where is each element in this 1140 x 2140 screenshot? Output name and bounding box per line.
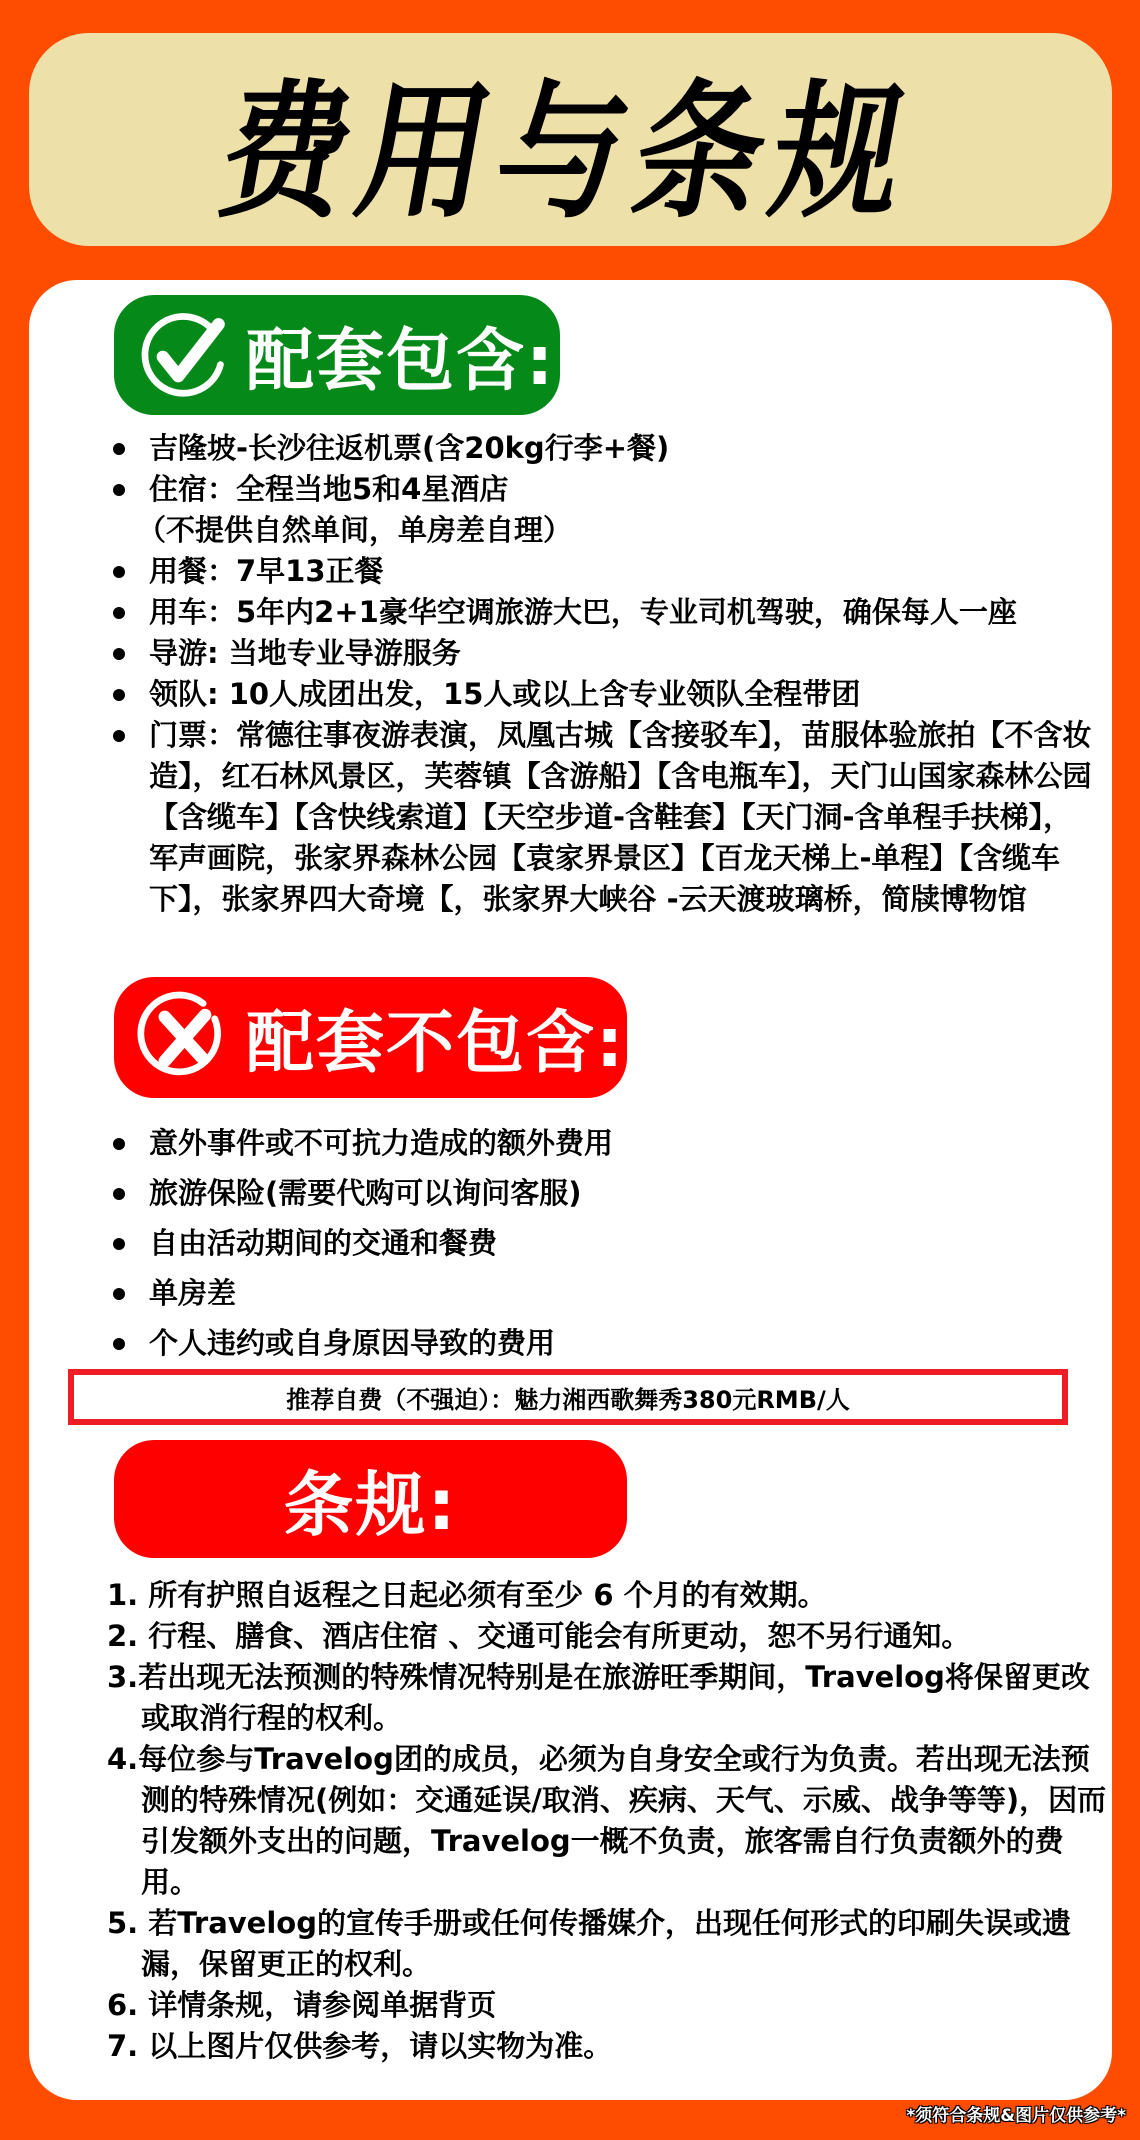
excluded-list: 意外事件或不可抗力造成的额外费用 旅游保险(需要代购可以询问客服) 自由活动期间… xyxy=(109,1118,1099,1368)
list-item: 意外事件或不可抗力造成的额外费用 xyxy=(109,1118,1099,1168)
check-circle-icon xyxy=(136,307,232,403)
list-item: 个人违约或自身原因导致的费用 xyxy=(109,1318,1099,1368)
list-item: 导游: 当地专业导游服务 xyxy=(109,633,1099,674)
list-item: 单房差 xyxy=(109,1268,1099,1318)
list-item: 旅游保险(需要代购可以询问客服) xyxy=(109,1168,1099,1218)
list-item: 用餐：7早13正餐 xyxy=(109,551,1099,592)
rule-item: 3.若出现无法预测的特殊情况特别是在旅游旺季期间，Travelog将保留更改或取… xyxy=(107,1657,1107,1739)
rule-item: 6. 详情条规，请参阅单据背页 xyxy=(107,1985,1107,2026)
included-list: 吉隆坡-长沙往返机票(含20kg行李+餐) 住宿：全程当地5和4星酒店（不提供自… xyxy=(109,428,1099,920)
list-item: 领队: 10人成团出发，15人或以上含专业领队全程带团 xyxy=(109,674,1099,715)
content-card: 配套包含: 吉隆坡-长沙往返机票(含20kg行李+餐) 住宿：全程当地5和4星酒… xyxy=(29,280,1112,2100)
x-circle-icon xyxy=(136,990,232,1086)
title-banner: 费用与条规 xyxy=(29,33,1112,246)
rules-label: 条规: xyxy=(284,1449,458,1550)
rule-item: 2. 行程、膳食、酒店住宿 、交通可能会有所更动，恕不另行通知。 xyxy=(107,1616,1107,1657)
included-label: 配套包含: xyxy=(246,307,555,404)
footer-disclaimer: *须符合条规&图片仅供参考* xyxy=(906,2101,1126,2126)
excluded-header: 配套不包含: xyxy=(114,977,627,1098)
rules-header: 条规: xyxy=(114,1440,627,1558)
rule-item: 7. 以上图片仅供参考，请以实物为准。 xyxy=(107,2026,1107,2067)
rule-item: 5. 若Travelog的宣传手册或任何传播媒介，出现任何形式的印刷失误或遗漏，… xyxy=(107,1903,1107,1985)
rule-item: 1. 所有护照自返程之日起必须有至少 6 个月的有效期。 xyxy=(107,1575,1107,1616)
included-header: 配套包含: xyxy=(114,295,560,415)
optional-expense-note: 推荐自费（不强迫）：魅力湘西歌舞秀380元RMB/人 xyxy=(68,1369,1068,1425)
list-item: 住宿：全程当地5和4星酒店（不提供自然单间，单房差自理） xyxy=(109,469,1099,551)
rule-item: 4.每位参与Travelog团的成员，必须为自身安全或行为负责。若出现无法预测的… xyxy=(107,1739,1107,1903)
page-title: 费用与条规 xyxy=(207,34,934,246)
list-item: 自由活动期间的交通和餐费 xyxy=(109,1218,1099,1268)
excluded-label: 配套不包含: xyxy=(246,989,625,1086)
list-item: 用车：5年内2+1豪华空调旅游大巴，专业司机驾驶，确保每人一座 xyxy=(109,592,1099,633)
list-item: 门票：常德往事夜游表演，凤凰古城【含接驳车】，苗服体验旅拍【不含妆造】，红石林风… xyxy=(109,715,1099,920)
list-item: 吉隆坡-长沙往返机票(含20kg行李+餐) xyxy=(109,428,1099,469)
rules-list: 1. 所有护照自返程之日起必须有至少 6 个月的有效期。 2. 行程、膳食、酒店… xyxy=(107,1575,1107,2067)
